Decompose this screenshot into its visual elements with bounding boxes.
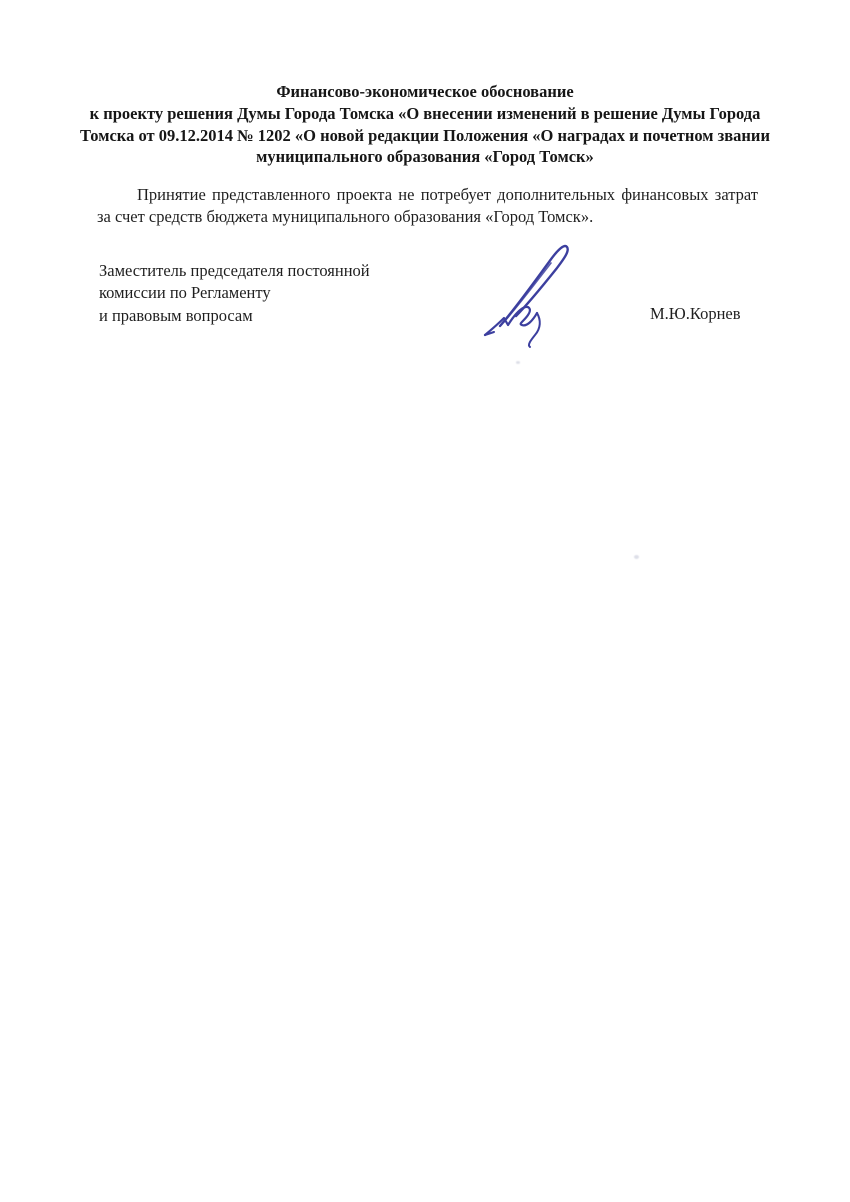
title-line-2: к проекту решения Думы Города Томска «О … <box>70 103 780 125</box>
title-line-4: муниципального образования «Город Томск» <box>70 146 780 168</box>
signatory-name: М.Ю.Корнев <box>650 304 741 324</box>
title-line-3: Томска от 09.12.2014 № 1202 «О новой ред… <box>70 125 780 147</box>
scan-speck <box>634 555 639 559</box>
scan-speck <box>516 361 520 364</box>
signatory-position-line-1: Заместитель председателя постоянной <box>99 260 370 282</box>
handwritten-signature <box>477 229 589 351</box>
signatory-position-line-2: комиссии по Регламенту <box>99 282 370 304</box>
signatory-position-line-3: и правовым вопросам <box>99 305 370 327</box>
title-line-1: Финансово-экономическое обоснование <box>70 81 780 103</box>
document-title: Финансово-экономическое обоснование к пр… <box>70 81 780 168</box>
signatory-position-title: Заместитель председателя постоянной коми… <box>99 260 370 327</box>
body-paragraph: Принятие представленного проекта не потр… <box>97 184 758 228</box>
document-page: Финансово-экономическое обоснование к пр… <box>0 0 850 1202</box>
